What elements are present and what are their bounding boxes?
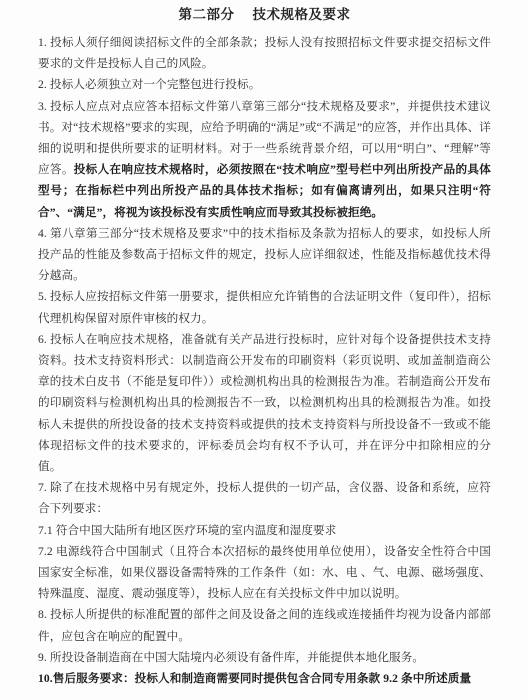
clause-7-1: 7.1 符合中国大陆所有地区医疗环境的室内温度和湿度要求 [38,520,491,541]
clause-5: 5. 投标人应按招标文件第一册要求，提供相应允许销售的合法证明文件（复印件），招… [38,286,491,328]
page-title: 第二部分技术规格及要求 [38,5,491,25]
clause-7-2: 7.2 电源线符合中国制式（且符合本次招标的最终使用单位使用），设备安全性符合中… [38,541,491,605]
clause-2: 2. 投标人必须独立对一个完整包进行投标。 [38,74,491,95]
clause-10-bold-text: 10.售后服务要求：投标人和制造商需要同时提供包含合同专用条款 9.2 条中所述… [38,672,471,685]
clause-2-text: 2. 投标人必须独立对一个完整包进行投标。 [38,78,260,91]
clause-1-text: 1. 投标人须仔细阅读招标文件的全部条款；投标人没有按照招标文件要求提交招标文件… [38,36,491,70]
clause-7: 7. 除了在技术规格中另有规定外，投标人提供的一切产品，含仪器、设备和系统，应符… [38,477,491,519]
clause-7-2-text: 7.2 电源线符合中国制式（且符合本次招标的最终使用单位使用），设备安全性符合中… [38,545,491,600]
clause-4-text: 4. 第八章第三部分“技术规格及要求”中的技术指标及条款为招标人的要求，如投标人… [38,227,491,282]
document-page: 第二部分技术规格及要求 1. 投标人须仔细阅读招标文件的全部条款；投标人没有按照… [0,0,528,700]
title-section-number: 第二部分 [179,7,235,22]
clause-8: 8. 投标人所提供的标准配置的部件之间及设备之间的连线或连接插件均视为设备内部部… [38,604,491,646]
clause-6-text: 6. 投标人在响应技术规格，准备就有关产品进行投标时，应针对每个设备提供技术支持… [38,333,491,473]
clause-4: 4. 第八章第三部分“技术规格及要求”中的技术指标及条款为招标人的要求，如投标人… [38,223,491,287]
clause-3-bold-text: 投标人在响应技术规格时，必须按照在“技术响应”型号栏中列出所投产品的具体型号；在… [38,163,491,218]
clause-7-text: 7. 除了在技术规格中另有规定外，投标人提供的一切产品，含仪器、设备和系统，应符… [38,481,491,515]
clause-8-text: 8. 投标人所提供的标准配置的部件之间及设备之间的连线或连接插件均视为设备内部部… [38,608,491,642]
title-subject: 技术规格及要求 [253,7,351,22]
clause-9: 9. 所投设备制造商在中国大陆境内必须设有备件库，并能提供本地化服务。 [38,647,491,668]
clause-7-1-text: 7.1 符合中国大陆所有地区医疗环境的室内温度和湿度要求 [38,524,336,537]
clause-3: 3. 投标人应点对点应答本招标文件第八章第三部分“技术规格及要求”，并提供技术建… [38,96,491,223]
clause-10: 10.售后服务要求：投标人和制造商需要同时提供包含合同专用条款 9.2 条中所述… [38,668,491,689]
clause-1: 1. 投标人须仔细阅读招标文件的全部条款；投标人没有按照招标文件要求提交招标文件… [38,32,491,74]
clause-6: 6. 投标人在响应技术规格，准备就有关产品进行投标时，应针对每个设备提供技术支持… [38,329,491,477]
clause-9-text: 9. 所投设备制造商在中国大陆境内必须设有备件库，并能提供本地化服务。 [38,651,424,664]
clause-5-text: 5. 投标人应按招标文件第一册要求，提供相应允许销售的合法证明文件（复印件），招… [38,290,491,324]
